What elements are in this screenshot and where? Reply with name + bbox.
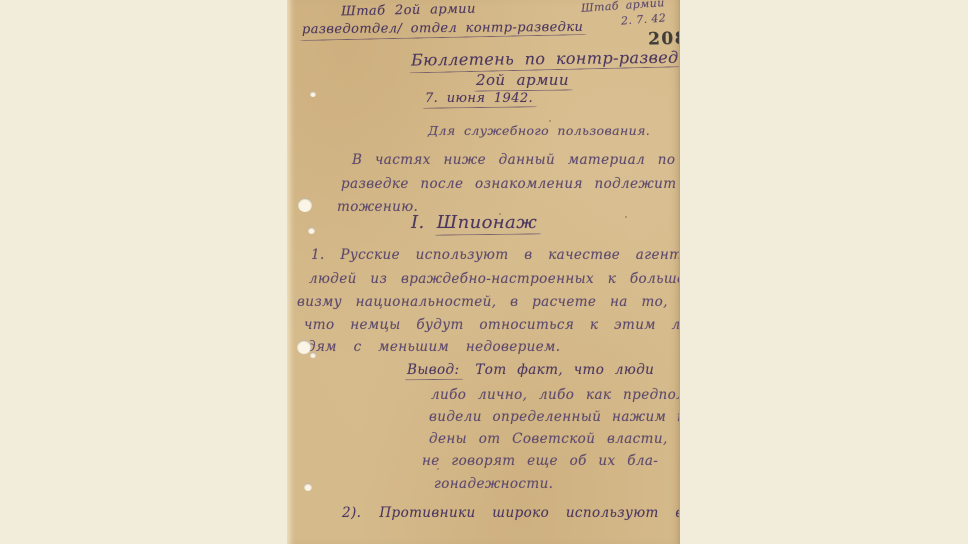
- header-left-line2: разведотдел/ отдел контр-разведки: [302, 20, 583, 37]
- document-title-line2: 2ой армии: [476, 71, 569, 89]
- header-left-line1: Штаб 2ой армии: [341, 2, 476, 20]
- conclusion-line1-text: Тот факт, что люди: [475, 362, 654, 378]
- punch-hole-small-top: [310, 91, 316, 97]
- paragraph1-line3: визму национальностей, в расчете на то,: [297, 294, 668, 310]
- paper-speck: [549, 120, 551, 122]
- conclusion-line3: видели определенный нажим подверж-: [429, 409, 680, 425]
- document-page: Штаб 2ой армии разведотдел/ отдел контр-…: [287, 0, 680, 544]
- document-title-line1-text: Бюллетень по контр-разведке,: [411, 47, 680, 69]
- document-title-line2-text: 2ой армии: [476, 71, 569, 89]
- paragraph1-line4: что немцы будут относиться к этим лю-: [304, 317, 680, 333]
- punch-hole-large-lower: [297, 340, 311, 354]
- paper-speck: [437, 468, 439, 470]
- section-title: Шпионаж: [437, 212, 537, 233]
- section-heading: I.Шпионаж: [411, 212, 537, 233]
- intro-line3: тожению.: [337, 199, 418, 215]
- page-number-stamp: 208: [648, 29, 680, 50]
- footer-line: 2).Противники широко используют в качест…: [342, 505, 680, 521]
- punch-hole-large-upper: [298, 198, 312, 212]
- conclusion-line6: гонадежности.: [434, 476, 553, 492]
- conclusion-label: Вывод:: [407, 362, 459, 378]
- scanned-document-background: { "page": { "background_color": "#f2ecda…: [0, 0, 968, 544]
- header-right-date: 2. 7. 42: [621, 11, 667, 27]
- section-numeral: I.: [411, 212, 425, 233]
- paragraph1-line2: людей из враждебно-настроенных к больше-: [309, 271, 680, 287]
- conclusion-line4: дены от Советской власти,: [429, 431, 668, 447]
- header-left-line2-text: разведотдел/ отдел контр-разведки: [302, 20, 583, 37]
- punch-hole-small-lower: [310, 352, 316, 358]
- paragraph1-line1: 1. Русские используют в качестве агентур…: [311, 247, 680, 263]
- paper-speck: [499, 213, 501, 215]
- punch-hole-small-upper: [308, 227, 315, 234]
- classification-note: Для служебного пользования.: [428, 123, 650, 138]
- conclusion-line5: не говорят еще об их бла-: [422, 453, 658, 469]
- conclusion-line2: либо лично, либо как предпол.: [431, 387, 680, 403]
- document-date-text: 7. июня 1942.: [425, 91, 533, 106]
- conclusion-line1: Вывод:Тот факт, что люди: [407, 362, 654, 378]
- paragraph1-line5: дям с меньшим недоверием.: [307, 339, 560, 355]
- document-title-line1: Бюллетень по контр-разведке,: [411, 47, 680, 69]
- punch-hole-small-bottom: [304, 483, 312, 491]
- footer-line-text: Противники широко используют в качест-: [379, 505, 680, 521]
- document-date: 7. июня 1942.: [425, 91, 533, 106]
- footer-item-number: 2).: [342, 505, 361, 521]
- paper-speck: [625, 216, 627, 218]
- intro-line2: разведке после ознакомления подлежит уни…: [341, 176, 680, 192]
- intro-line1: В частях ниже данный материал по конт-: [352, 152, 680, 168]
